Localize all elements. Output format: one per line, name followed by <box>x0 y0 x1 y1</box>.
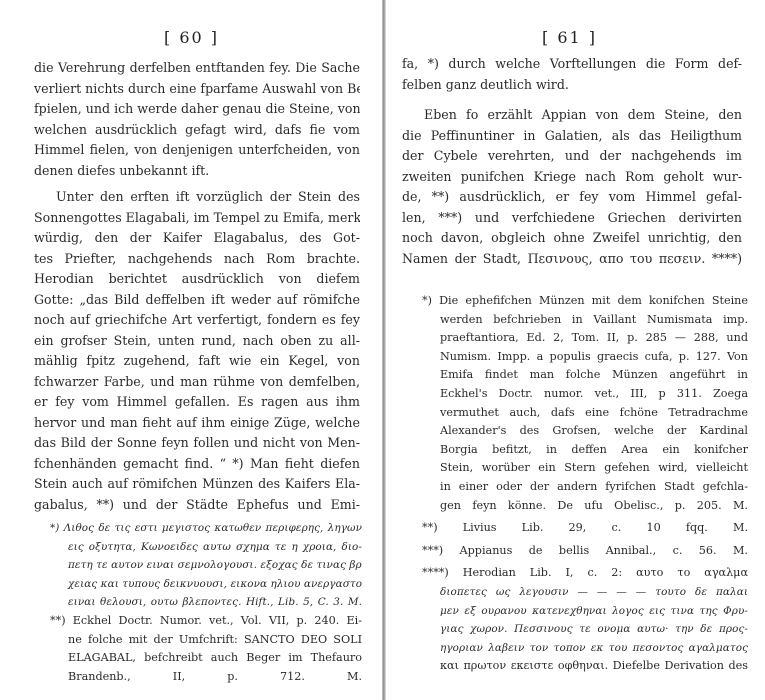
right-footnotes: *) Die ephefifchen Münzen mit dem konifc… <box>422 292 748 676</box>
footnote-line: Stein, worüber ein Stern gefehen wird, v… <box>422 459 748 478</box>
text-line: die Verehrung derfelben entftanden fey. … <box>34 58 360 79</box>
footnote-line: εις οξυτητα, Κωνοειδες αυτω σχημα τε η χ… <box>50 538 362 557</box>
footnote-line: Emifa findet man folche Münzen angeführt… <box>422 366 748 385</box>
footnote-3: ***) Appianus de bellis Annibal., c. 56.… <box>422 542 748 561</box>
page-number-60: [ 60 ] <box>0 28 383 47</box>
text-line: fpielen, und ich werde daher genau die S… <box>34 99 360 120</box>
footnote-2: **) Livius Lib. 29, c. 10 fqq. M. <box>422 519 748 538</box>
footnote-line: Borgia befitzt, in deffen Area ein konif… <box>422 441 748 460</box>
text-line: welchen ausdrücklich gefagt wird, dafs f… <box>34 120 360 141</box>
footnote-line: ηγοριαν λαβειν τον τοπον εκ του πεσοντος… <box>422 639 748 658</box>
footnote-line: γιας χωρον. Πεσσινους τε ονομα αυτω· την… <box>422 620 748 639</box>
right-body-text: fa, *) durch welche Vorftellungen die Fo… <box>402 54 742 269</box>
text-line: Gotte: „das Bild deffelben ift weder auf… <box>34 290 360 311</box>
text-line: noch auf griechifche Art verfertigt, fon… <box>34 310 360 331</box>
footnote-line: Numism. Impp. a populis graecis cufa, p.… <box>422 348 748 367</box>
left-page: [ 60 ] die Verehrung derfelben entftande… <box>0 0 383 700</box>
text-line: de, **) ausdrücklich, er fey vom Himmel … <box>402 187 742 208</box>
text-line: würdig, den der Kaifer Elagabalus, des G… <box>34 228 360 249</box>
text-line: zweiten punifchen Kriege nach Rom geholt… <box>402 167 742 188</box>
text-line: hervor und man fieht auf ihm einige Züge… <box>34 413 360 434</box>
text-line: fchenhänden gemacht find. “ *) Man fieht… <box>34 454 360 475</box>
footnote-line: Eckhel's Doctr. numor. vet., III, p 311.… <box>422 385 748 404</box>
footnote-4: ****) Herodian Lib. I, c. 2: αυτο το αγα… <box>422 564 748 583</box>
text-line: mählig fpitz zugehend, faft wie ein Kege… <box>34 351 360 372</box>
text-line: der Cybele verehrten, und der nachgehend… <box>402 146 742 167</box>
footnote-line: in einer oder der andern fyrifchen Stadt… <box>422 478 748 497</box>
text-line: fchwarzer Farbe, und man rühme von demfe… <box>34 372 360 393</box>
left-body-text: die Verehrung derfelben entftanden fey. … <box>34 58 360 515</box>
text-line: Namen der Stadt, Πεσινους, απο του πεσει… <box>402 249 742 270</box>
text-line: ein grofser Stein, unten rund, nach oben… <box>34 331 360 352</box>
footnote-2: **) Eckhel Doctr. Numor. vet., Vol. VII,… <box>50 612 362 631</box>
footnote-line: ειναι θελουσι, ουτω βλεποντες. Hift., Li… <box>50 593 362 612</box>
text-line: len, ***) und verfchiedene Griechen deri… <box>402 208 742 229</box>
text-line: Himmel fielen, von denjenigen unterfchei… <box>34 140 360 161</box>
footnote-1-greek: *) Λιθος δε τις εστι μεγιστος κατωθεν πε… <box>50 519 362 538</box>
footnote-line: μεν εξ ουρανου κατενεχθηναι λογος εις τι… <box>422 602 748 621</box>
text-line: er fey vom Himmel gefallen. Es ragen aus… <box>34 392 360 413</box>
footnote-line: Brandenb., II, p. 712. M. <box>50 668 362 687</box>
footnote-line: ne folche mit der Umfchrift: SANCTO DEO … <box>50 631 362 650</box>
footnote-line: και πρωτον εκειστε οφθηναι. Diefelbe Der… <box>422 657 748 676</box>
text-line: gabalus, **) und der Städte Ephefus und … <box>34 495 360 516</box>
footnote-line: ELAGABAL, befchreibt auch Beger im Thefa… <box>50 649 362 668</box>
text-line: denen diefes unbekannt ift. <box>34 161 360 182</box>
text-line: Stein auch auf römifchen Münzen des Kaif… <box>34 474 360 495</box>
book-spread: [ 60 ] die Verehrung derfelben entftande… <box>0 0 765 700</box>
footnote-1: *) Die ephefifchen Münzen mit dem konifc… <box>422 292 748 311</box>
text-line: verliert nichts durch eine fparfame Ausw… <box>34 79 360 100</box>
left-footnotes: *) Λιθος δε τις εστι μεγιστος κατωθεν πε… <box>50 519 362 686</box>
text-line: das Bild der Sonne feyn follen und nicht… <box>34 433 360 454</box>
footnote-line: werden befchrieben in Vaillant Numismata… <box>422 311 748 330</box>
footnote-line: διοπετες ως λεγουσιν — — — — τουτο δε πα… <box>422 583 748 602</box>
text-line: fa, *) durch welche Vorftellungen die Fo… <box>402 54 742 75</box>
text-line: die Peffinuntiner in Galatien, als das H… <box>402 126 742 147</box>
footnote-line: vermuthet auch, dafs eine fchöne Tetradr… <box>422 404 748 423</box>
text-line: felben ganz deutlich wird. <box>402 75 742 96</box>
footnote-line: gen feyn könne. De ufu Obelisc., p. 205.… <box>422 497 748 516</box>
footnote-line: Alexander's des Grofsen, welche der Kard… <box>422 422 748 441</box>
text-line: Sonnengottes Elagabali, im Tempel zu Emi… <box>34 208 360 229</box>
right-page: [ 61 ] fa, *) durch welche Vorftellungen… <box>386 0 765 700</box>
page-number-61: [ 61 ] <box>380 28 759 47</box>
text-line: Herodian berichtet ausdrücklich von dief… <box>34 269 360 290</box>
footnote-line: πετη τε αυτον ειναι σεμνολογουσι. εξοχας… <box>50 556 362 575</box>
paragraph-start-line: Unter den erften ift vorzüglich der Stei… <box>34 187 360 208</box>
text-line: tes Priefter, nachgehends nach Rom brach… <box>34 249 360 270</box>
footnote-line: χειας και τυπους δεικνυουσι, εικονα ηλιο… <box>50 575 362 594</box>
text-line: noch davon, obgleich ohne Zweifel unrich… <box>402 228 742 249</box>
footnote-line: praeftantiora, Ed. 2, Tom. II, p. 285 — … <box>422 329 748 348</box>
paragraph-start-line: Eben fo erzählt Appian von dem Steine, d… <box>402 105 742 126</box>
